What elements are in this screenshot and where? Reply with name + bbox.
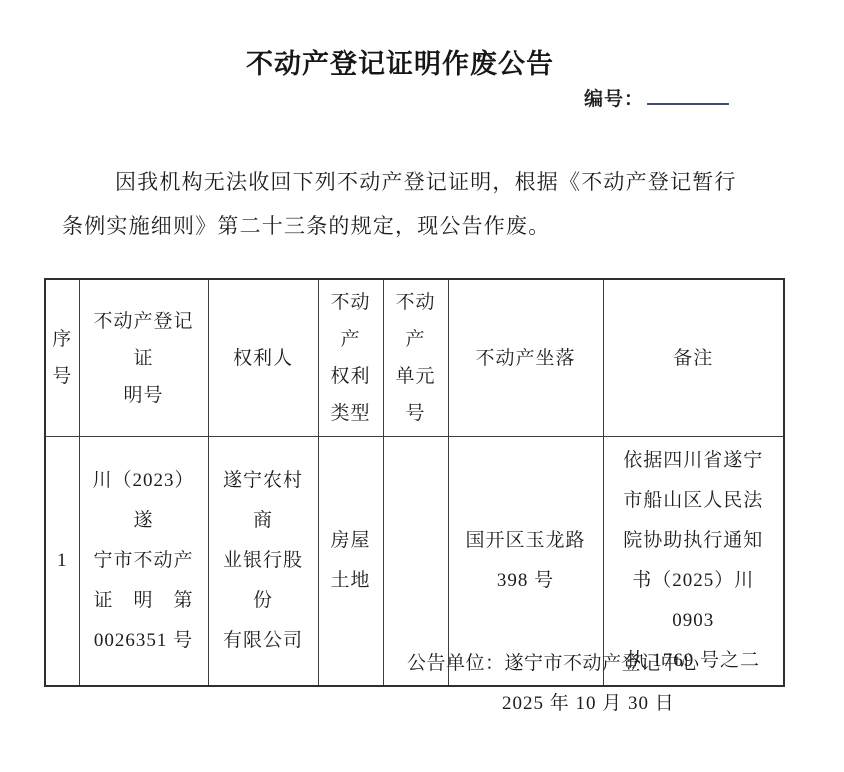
cell-holder: 遂宁农村商 业银行股份 有限公司 <box>208 437 318 687</box>
serial-number-label: 编号： <box>584 89 644 110</box>
table-header-row: 序 号 不动产登记证 明号 权利人 不动产 权利 类型 不动产 单元 号 不动产… <box>45 279 784 437</box>
header-cell-cert-no: 不动产登记证 明号 <box>79 279 208 437</box>
document-page: 不动产登记证明作废公告 编号： 因我机构无法收回下列不动产登记证明，根据《不动产… <box>0 0 844 772</box>
header-cell-holder: 权利人 <box>208 279 318 437</box>
header-cell-right-type: 不动产 权利 类型 <box>318 279 383 437</box>
header-cell-location: 不动产坐落 <box>448 279 603 437</box>
header-cell-unit-no: 不动产 单元 号 <box>383 279 448 437</box>
header-cell-seq: 序 号 <box>45 279 79 437</box>
cell-cert-no: 川（2023）遂 宁市不动产 证 明 第 0026351 号 <box>79 437 208 687</box>
cell-right-type: 房屋 土地 <box>318 437 383 687</box>
body-paragraph: 因我机构无法收回下列不动产登记证明，根据《不动产登记暂行 条例实施细则》第二十三… <box>62 160 762 248</box>
cell-seq: 1 <box>45 437 79 687</box>
serial-number-row: 编号： <box>584 84 729 111</box>
header-cell-remark: 备注 <box>603 279 784 437</box>
page-title: 不动产登记证明作废公告 <box>44 42 756 81</box>
cancellation-table: 序 号 不动产登记证 明号 权利人 不动产 权利 类型 不动产 单元 号 不动产… <box>44 278 785 687</box>
serial-number-blank-line <box>647 88 729 105</box>
footer-date-line: 2025 年 10 月 30 日 <box>502 688 675 715</box>
footer-issuer-line: 公告单位：遂宁市不动产登记中心 <box>407 648 700 675</box>
